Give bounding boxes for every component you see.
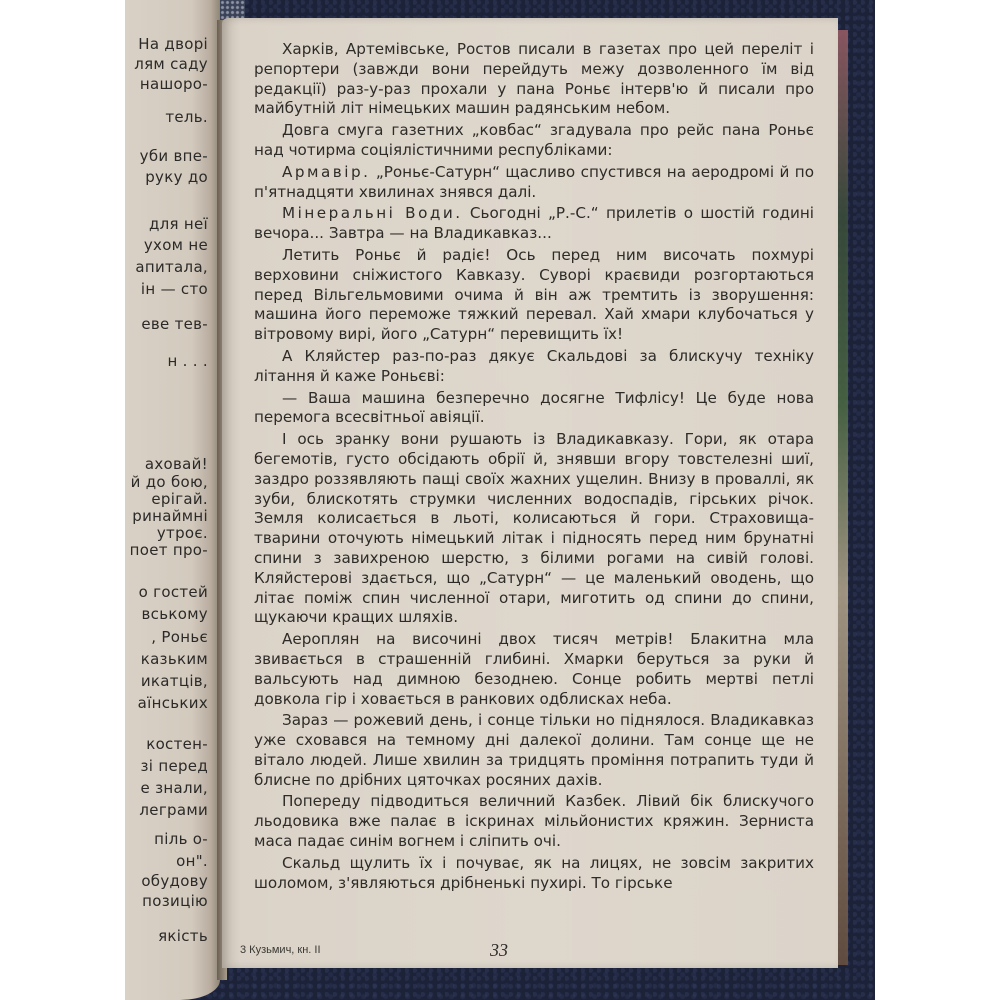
right-page: Харків, Артемівське, Ростов писали в газ… (222, 18, 838, 968)
book-photograph: На дворі лям саду нашоро- тель. уби впе-… (125, 0, 875, 1000)
left-fragment: , Роньє (151, 628, 208, 646)
left-fragment: утроє. (157, 524, 208, 542)
left-fragment: ін — сто (141, 280, 208, 298)
left-fragment: аїнських (138, 694, 208, 712)
paragraph: Довга смуга газетних „ковбас“ згадувала … (254, 121, 814, 161)
left-fragment: ерігай. (151, 490, 208, 508)
page-footer: 3 Кузьмич, кн. II 33 (240, 940, 800, 962)
left-fragment: апитала, (135, 258, 208, 276)
left-fragment: казьким (141, 650, 208, 668)
paragraph: А Кляйстер раз-по-раз дякує Скальдові за… (254, 347, 814, 387)
left-fragment: леграми (139, 801, 208, 819)
left-fragment: н . . . (167, 352, 208, 370)
left-fragment: нашоро- (140, 75, 208, 93)
paragraph: Скальд щулить їх і почуває, як на лицях,… (254, 854, 814, 894)
paragraph: Аероплян на височині двох тисяч метрів! … (254, 630, 814, 709)
paragraph: Зараз — рожевий день, і сонце тільки но … (254, 711, 814, 790)
paragraph: Армавір. „Роньє-Сатурн“ щасливо спустивс… (254, 163, 814, 203)
printer-signature: 3 Кузьмич, кн. II (240, 944, 321, 956)
left-fragment: й до бою, (131, 473, 208, 491)
paragraph: Мінеральні Води. Сьогодні „Р.-С.“ прилет… (254, 204, 814, 244)
left-fragment: обудову (141, 872, 208, 890)
paragraph: Харків, Артемівське, Ростов писали в газ… (254, 40, 814, 119)
left-fragment: аховай! (145, 455, 208, 473)
left-fragment: о гостей (139, 583, 208, 601)
page-number: 33 (490, 940, 508, 961)
paragraph: І ось зранку вони рушають із Владикавказ… (254, 430, 814, 628)
left-fragment: костен- (146, 735, 208, 753)
book-cover-edge (838, 30, 848, 965)
place-name: Армавір. (282, 163, 370, 181)
page-body-text: Харків, Артемівське, Ростов писали в газ… (254, 40, 814, 893)
left-fragment: На дворі (138, 35, 208, 53)
left-fragment: поет про- (130, 541, 208, 559)
left-fragment: ухом не (144, 236, 208, 254)
left-fragment: икатців, (141, 672, 208, 690)
place-name: Мінеральні Води. (282, 204, 463, 222)
left-fragment: руку до (145, 168, 208, 186)
left-fragment: тель. (165, 108, 208, 126)
left-page: На дворі лям саду нашоро- тель. уби впе-… (125, 0, 220, 1000)
left-fragment: піль о- (154, 830, 208, 848)
paragraph: Летить Роньє й радіє! Ось перед ним висо… (254, 246, 814, 345)
left-fragment: он". (176, 852, 208, 870)
left-fragment: е знали, (141, 779, 208, 797)
left-fragment: для неї (149, 215, 208, 233)
left-fragment: зі перед (141, 757, 208, 775)
left-fragment: позицію (142, 892, 208, 910)
left-fragment: вському (142, 605, 208, 623)
paragraph: — Ваша машина безперечно досягне Тифлісу… (254, 389, 814, 429)
left-fragment: якість (158, 927, 208, 945)
left-fragment: ринаймні (132, 507, 208, 525)
paragraph: Попереду підводиться величний Казбек. Лі… (254, 792, 814, 851)
left-fragment: лям саду (134, 55, 208, 73)
left-fragment: уби впе- (140, 147, 208, 165)
left-fragment: еве тев- (141, 315, 208, 333)
